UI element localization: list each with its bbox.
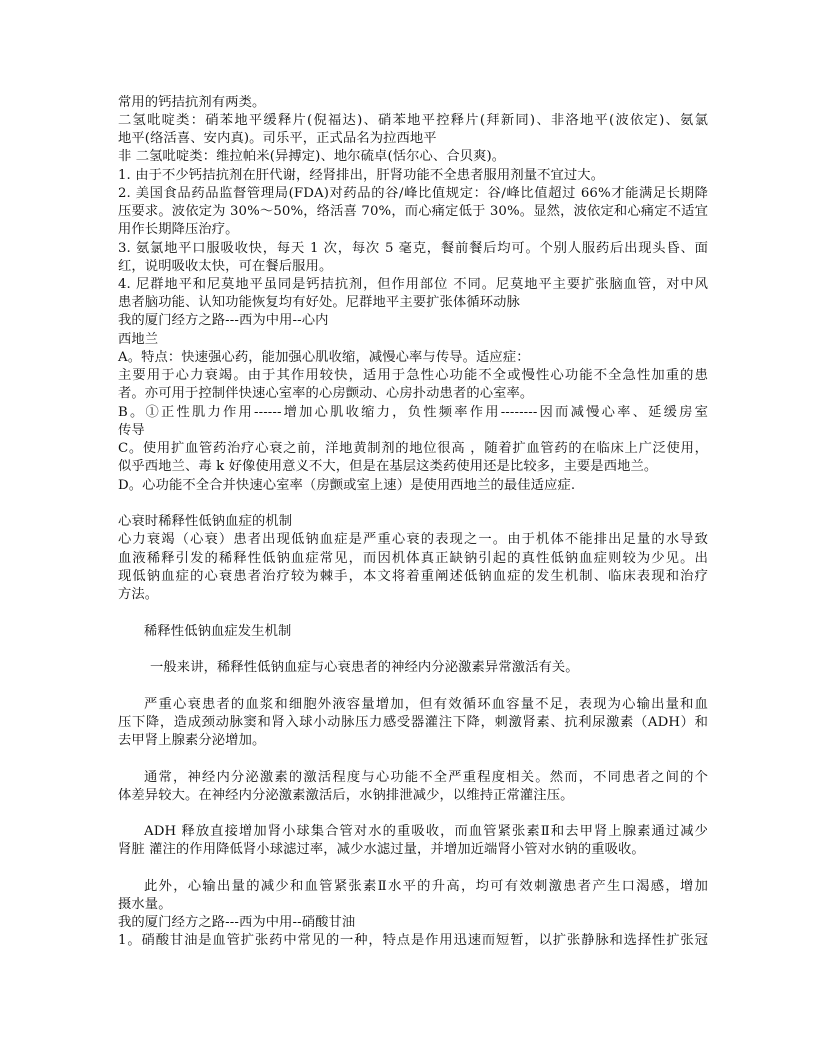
text-line: 肾脏 灌注的作用降低肾小球滤过率，减少水滤过量，并增加近端肾小管对水钠的重吸收。 bbox=[118, 841, 708, 859]
text-line: ADH 释放直接增加肾小球集合管对水的重吸收，而血管紧张素Ⅱ和去甲肾上腺素通过减… bbox=[144, 823, 708, 841]
text-line: 似乎西地兰、毒 k 好像使用意义不大，但是在基层这类药使用还是比较多，主要是西地… bbox=[118, 458, 708, 476]
text-line: 主要用于心力衰竭。由于其作用较快，适用于急性心功能不全或慢性心功能不全急性加重的… bbox=[118, 367, 708, 385]
text-line: A。特点：快速强心药，能加强心肌收缩，减慢心率与传导。适应症： bbox=[118, 349, 708, 367]
text-line: 二氢吡啶类：硝苯地平缓释片(倪福达)、硝苯地平控释片(拜新同)、非洛地平(波依定… bbox=[118, 112, 708, 130]
text-line: 我的厦门经方之路---西为中用--心内 bbox=[118, 312, 708, 330]
text-line: 4. 尼群地平和尼莫地平虽同是钙拮抗剂，但作用部位 不同。尼莫地平主要扩张脑血管… bbox=[118, 276, 708, 294]
text-line: 摄水量。 bbox=[118, 896, 708, 914]
text-line: 此外，心输出量的减少和血管紧张素Ⅱ水平的升高，均可有效刺激患者产生口渴感，增加 bbox=[144, 878, 708, 896]
text-line: 血液稀释引发的稀释性低钠血症常见，而因机体真正缺钠引起的真性低钠血症则较为少见。… bbox=[118, 550, 708, 568]
text-line: 稀释性低钠血症发生机制 bbox=[144, 623, 708, 641]
text-line: 2. 美国食品药品监督管理局(FDA)对药品的谷/峰比值规定：谷/峰比值超过 6… bbox=[118, 185, 708, 203]
text-line: 患者脑功能、认知功能恢复均有好处。尼群地平主要扩张体循环动脉 bbox=[118, 294, 708, 312]
text-line: 非 二氢吡啶类：维拉帕米(异搏定)、地尔硫卓(恬尔心、合贝爽)。 bbox=[118, 148, 708, 166]
text-line: 压要求。波依定为 30%～50%，络活喜 70%，而心痛定低于 30%。显然，波… bbox=[118, 203, 708, 221]
text-line: 体差异较大。在神经内分泌激素激活后，水钠排泄减少，以维持正常灌注压。 bbox=[118, 787, 708, 805]
text-line: 西地兰 bbox=[118, 331, 708, 349]
text-line: 方法。 bbox=[118, 586, 708, 604]
text-line: 地平(络活喜、安内真)。司乐平，正式品名为拉西地平 bbox=[118, 130, 708, 148]
text-line: 常用的钙拮抗剂有两类。 bbox=[118, 94, 708, 112]
text-line: 一般来讲，稀释性低钠血症与心衰患者的神经内分泌激素异常激活有关。 bbox=[150, 659, 708, 677]
text-line: 3. 氨氯地平口服吸收快，每天 1 次，每次 5 毫克，餐前餐后均可。个别人服药… bbox=[118, 240, 708, 258]
text-line: 传导 bbox=[118, 422, 708, 440]
text-line: 者。亦可用于控制伴快速心室率的心房颤动、心房扑动患者的心室率。 bbox=[118, 385, 708, 403]
text-line: 我的厦门经方之路---西为中用--硝酸甘油 bbox=[118, 914, 708, 932]
document-page: 常用的钙拮抗剂有两类。二氢吡啶类：硝苯地平缓释片(倪福达)、硝苯地平控释片(拜新… bbox=[0, 0, 816, 1056]
text-line: 用作长期降压治疗。 bbox=[118, 221, 708, 239]
text-line: 1. 由于不少钙拮抗剂在肝代谢，经肾排出，肝肾功能不全患者服用剂量不宜过大。 bbox=[118, 167, 708, 185]
text-line: 心衰时稀释性低钠血症的机制 bbox=[118, 513, 708, 531]
text-line: 红，说明吸收太快，可在餐后服用。 bbox=[118, 258, 708, 276]
text-line: C。使用扩血管药治疗心衰之前，洋地黄制剂的地位很高 ，随着扩血管药的在临床上广泛… bbox=[118, 440, 708, 458]
text-line: 通常，神经内分泌激素的激活程度与心功能不全严重程度相关。然而，不同患者之间的个 bbox=[144, 769, 708, 787]
text-line: D。心功能不全合并快速心室率（房颤或室上速）是使用西地兰的最佳适应症. bbox=[118, 477, 708, 495]
text-line: 严重心衰患者的血浆和细胞外液容量增加，但有效循环血容量不足，表现为心输出量和血 bbox=[144, 696, 708, 714]
text-line: 心力衰竭（心衰）患者出现低钠血症是严重心衰的表现之一。由于机体不能排出足量的水导… bbox=[118, 531, 708, 549]
text-line: 现低钠血症的心衰患者治疗较为棘手，本文将着重阐述低钠血症的发生机制、临床表现和治… bbox=[118, 568, 708, 586]
text-line: 压下降，造成颈动脉窦和肾入球小动脉压力感受器灌注下降，刺激肾素、抗利尿激素（AD… bbox=[118, 714, 708, 732]
text-line: 1。硝酸甘油是血管扩张药中常见的一种，特点是作用迅速而短暂，以扩张静脉和选择性扩… bbox=[118, 932, 708, 950]
text-line: B。①正性肌力作用------增加心肌收缩力，负性频率作用--------因而减… bbox=[118, 404, 708, 422]
text-line: 去甲肾上腺素分泌增加。 bbox=[118, 732, 708, 750]
